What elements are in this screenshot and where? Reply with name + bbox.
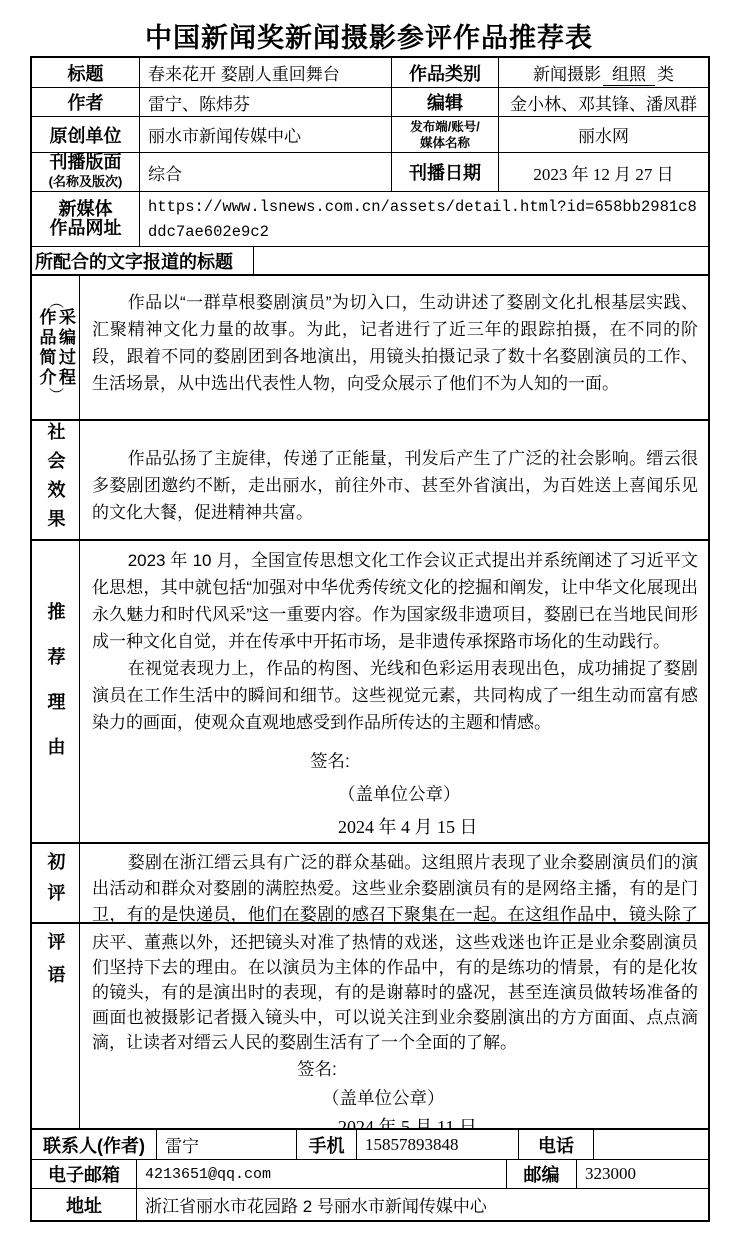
paren-close: ） — [49, 386, 62, 401]
text-report-label: 所配合的文字报道的标题 — [32, 247, 254, 274]
seal-note: （盖单位公章） — [338, 781, 698, 808]
social-text-cell: 作品弘扬了主旋律，传递了正能量，刊发后产生了广泛的社会影响。缙云很多婺剧团邀约不… — [80, 421, 708, 539]
page-value: 综合 — [140, 153, 392, 191]
category-prefix: 新闻摄影 — [533, 60, 601, 85]
review-label: 评语 — [47, 932, 65, 998]
intro-label-right: 采编过程 — [56, 308, 76, 388]
paren-open: （ — [49, 293, 62, 308]
platform-label-line2: 媒体名称 — [420, 135, 470, 151]
url-label-line2: 作品网址 — [50, 219, 122, 238]
category-label: 作品类别 — [392, 58, 499, 87]
signature-label: 签名: — [297, 1057, 698, 1082]
section-intro: （ 作品简介 采编过程 ） 作品以“一群草根婺剧演员”为切入口，生动讲述了婺剧文… — [32, 276, 708, 421]
title-value: 春来花开 婺剧人重回舞台 — [140, 58, 392, 87]
category-value: 新闻摄影组照类 — [499, 58, 708, 87]
seal-note: （盖单位公章） — [322, 1086, 698, 1111]
intro-label-left: 作品简介 — [36, 308, 56, 388]
author-value: 雷宁、陈炜芬 — [140, 88, 392, 116]
intro-text: 作品以“一群草根婺剧演员”为切入口，生动讲述了婺剧文化扎根基层实践、汇聚精神文化… — [92, 289, 698, 397]
zip-value: 323000 — [577, 1160, 708, 1188]
signature-date: 2024 年 4 月 15 日 — [338, 814, 698, 841]
first-review-label: 初评 — [47, 852, 65, 914]
row-url: 新媒体 作品网址 https://www.lsnews.com.cn/asset… — [32, 192, 708, 247]
category-suffix: 类 — [657, 60, 674, 85]
email-label: 电子邮箱 — [32, 1160, 137, 1188]
author-label: 作者 — [32, 88, 140, 116]
row-page-date: 刊播版面 (名称及版次) 综合 刊播日期 2023 年 12 月 27 日 — [32, 153, 708, 192]
orig-unit-value: 丽水市新闻传媒中心 — [140, 117, 392, 152]
orig-unit-label: 原创单位 — [32, 117, 140, 152]
row-unit-platform: 原创单位 丽水市新闻传媒中心 发布端/账号/ 媒体名称 丽水网 — [32, 117, 708, 153]
row-address: 地址 浙江省丽水市花园路 2 号丽水市新闻传媒中心 — [32, 1189, 708, 1220]
first-review-text-cell: 婺剧在浙江缙云具有广泛的群众基础。这组照片表现了业余婺剧演员们的演出活动和群众对… — [80, 844, 708, 922]
contact-person-label: 联系人(作者) — [32, 1130, 157, 1159]
recommend-vertical-label: 推荐理由 — [32, 541, 80, 842]
url-label: 新媒体 作品网址 — [32, 192, 140, 246]
recommend-label: 推荐理由 — [47, 602, 65, 782]
row-author-editor: 作者 雷宁、陈炜芬 编辑 金小林、邓其锋、潘凤群 — [32, 88, 708, 117]
phone-value — [594, 1130, 708, 1159]
review-vertical-label: 评语 — [32, 924, 80, 1128]
row-email-zip: 电子邮箱 4213651@qq.com 邮编 323000 — [32, 1160, 708, 1189]
mobile-value: 15857893848 — [357, 1130, 519, 1159]
page-label-line1: 刊播版面 — [50, 153, 122, 172]
first-review-vertical-label: 初评 — [32, 844, 80, 922]
row-text-report: 所配合的文字报道的标题 — [32, 247, 708, 276]
social-vertical-label: 社会效果 — [32, 421, 80, 539]
zip-label: 邮编 — [507, 1160, 577, 1188]
section-recommendation: 推荐理由 2023 年 10 月，全国宣传思想文化工作会议正式提出并系统阐述了习… — [32, 541, 708, 844]
mobile-label: 手机 — [297, 1130, 357, 1159]
pub-date-label: 刊播日期 — [392, 153, 499, 191]
url-label-line1: 新媒体 — [59, 200, 113, 219]
address-label: 地址 — [32, 1189, 137, 1220]
editor-label: 编辑 — [392, 88, 499, 116]
page-label-line2: (名称及版次) — [49, 172, 123, 191]
row-contact-person: 联系人(作者) 雷宁 手机 15857893848 电话 — [32, 1130, 708, 1160]
signature-date: 2024 年 5 月 11 日 — [338, 1115, 698, 1128]
recommend-paragraph-1: 2023 年 10 月，全国宣传思想文化工作会议正式提出并系统阐述了习近平文化思… — [92, 547, 698, 655]
url-value: https://www.lsnews.com.cn/assets/detail.… — [140, 192, 708, 246]
recommend-signature-block: 签名: （盖单位公章） 2024 年 4 月 15 日 — [92, 748, 698, 841]
page-label: 刊播版面 (名称及版次) — [32, 153, 140, 191]
contact-person-value: 雷宁 — [157, 1130, 297, 1159]
review-signature-block: 签名: （盖单位公章） 2024 年 5 月 11 日 — [92, 1057, 698, 1128]
address-value: 浙江省丽水市花园路 2 号丽水市新闻传媒中心 — [137, 1189, 708, 1220]
recommendation-table: 标题 春来花开 婺剧人重回舞台 作品类别 新闻摄影组照类 作者 雷宁、陈炜芬 编… — [30, 56, 710, 1222]
page-title: 中国新闻奖新闻摄影参评作品推荐表 — [0, 0, 738, 56]
platform-label-line1: 发布端/账号/ — [410, 119, 479, 135]
text-report-value — [254, 247, 708, 274]
section-first-review: 初评 婺剧在浙江缙云具有广泛的群众基础。这组照片表现了业余婺剧演员们的演出活动和… — [32, 844, 708, 924]
email-value: 4213651@qq.com — [137, 1160, 507, 1188]
signature-label: 签名: — [310, 748, 698, 775]
recommend-text-cell: 2023 年 10 月，全国宣传思想文化工作会议正式提出并系统阐述了习近平文化思… — [80, 541, 708, 842]
intro-vertical-label: （ 作品简介 采编过程 ） — [32, 276, 80, 419]
platform-label: 发布端/账号/ 媒体名称 — [392, 117, 499, 152]
row-title-category: 标题 春来花开 婺剧人重回舞台 作品类别 新闻摄影组照类 — [32, 58, 708, 88]
pub-date-value: 2023 年 12 月 27 日 — [499, 153, 708, 191]
phone-label: 电话 — [519, 1130, 594, 1159]
form-page: 中国新闻奖新闻摄影参评作品推荐表 标题 春来花开 婺剧人重回舞台 作品类别 新闻… — [0, 0, 738, 1222]
section-review-comment: 评语 庆平、董燕以外，还把镜头对准了热情的戏迷，这些戏迷也许正是业余婺剧演员们坚… — [32, 924, 708, 1130]
title-label: 标题 — [32, 58, 140, 87]
recommend-paragraph-2: 在视觉表现力上，作品的构图、光线和色彩运用表现出色，成功捕捉了婺剧演员在工作生活… — [92, 655, 698, 736]
review-text-cell: 庆平、董燕以外，还把镜头对准了热情的戏迷，这些戏迷也许正是业余婺剧演员们坚持下去… — [80, 924, 708, 1128]
platform-value: 丽水网 — [499, 117, 708, 152]
section-social-effect: 社会效果 作品弘扬了主旋律，传递了正能量，刊发后产生了广泛的社会影响。缙云很多婺… — [32, 421, 708, 541]
intro-text-cell: 作品以“一群草根婺剧演员”为切入口，生动讲述了婺剧文化扎根基层实践、汇聚精神文化… — [80, 276, 708, 419]
social-label: 社会效果 — [47, 422, 65, 538]
social-text: 作品弘扬了主旋律，传递了正能量，刊发后产生了广泛的社会影响。缙云很多婺剧团邀约不… — [92, 445, 698, 526]
editor-value: 金小林、邓其锋、潘凤群 — [499, 88, 708, 116]
review-text: 庆平、董燕以外，还把镜头对准了热情的戏迷，这些戏迷也许正是业余婺剧演员们坚持下去… — [92, 930, 698, 1055]
category-type: 组照 — [603, 60, 655, 86]
first-review-text: 婺剧在浙江缙云具有广泛的群众基础。这组照片表现了业余婺剧演员们的演出活动和群众对… — [92, 850, 698, 922]
